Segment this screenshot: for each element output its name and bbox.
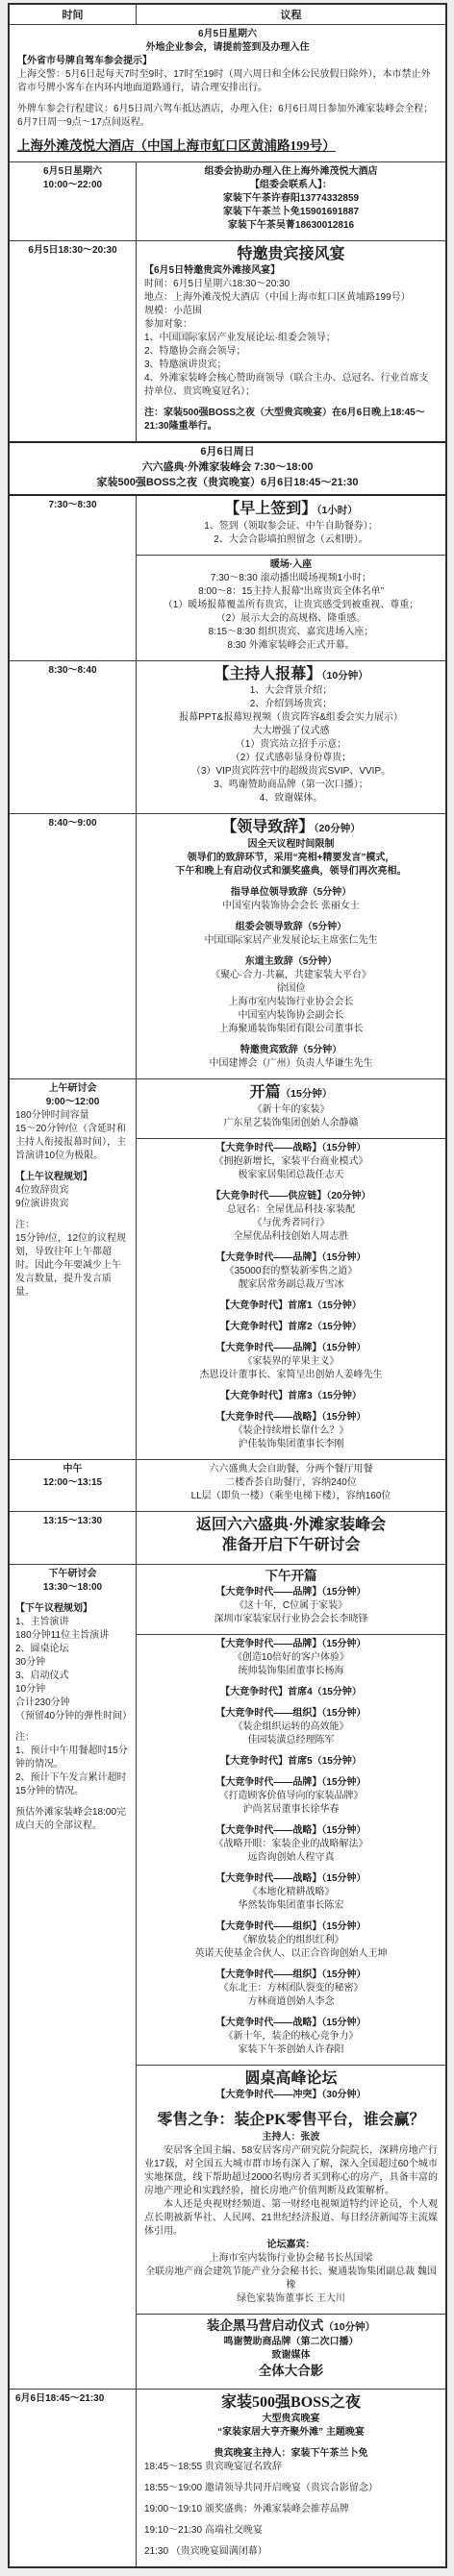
text-line: 8:30 外滩家装峰会正式开幕。 (144, 639, 438, 653)
text-line: 杰恩设计董事长、家简呈出创始人姜峰先生 (144, 1369, 438, 1382)
text: 2、大会合影墙拍照留念（云相册）。 (214, 534, 368, 545)
text: 3、启动仪式 (15, 1671, 69, 1681)
hotel-checkin-row: 6月5日星期六10:00～22:00组委会协助办理入住上海外滩茂悦大酒店【组委会… (10, 161, 445, 240)
text: 注： (15, 1732, 35, 1743)
text: 家装下午茶兰卜免15901691887 (223, 207, 359, 217)
text-line: 【大竞争时代】首席1（15分钟） (144, 1300, 438, 1313)
agenda-cell: 六六盛典大会自助餐，分两个餐厅用餐二楼香荟自助餐厅，容纳240位LL层（即负一楼… (137, 1460, 445, 1511)
text-line: 极家家居集团总裁任志天 (144, 1169, 438, 1182)
text: 鸣谢赞助商品牌（第二次口播） (224, 2337, 359, 2347)
text: 地点：上海外滩茂悦大酒店（中国上海市虹口区黄埔路199号） (144, 292, 411, 303)
text-line: 外地企业参会，请提前签到及办理入住 (17, 41, 438, 55)
text-line: 2、预计下午发言累计超时15分钟的情况。 (15, 1771, 130, 1798)
text-line: 8:30～8:40 (15, 664, 130, 678)
text: 佳园装潢总经理陈军 (248, 1735, 335, 1746)
text: 沪尚茗居董事长徐华春 (243, 1804, 340, 1815)
text-line: 18:45～18:55 贵宾晚宴冠名致辞 (144, 2461, 438, 2474)
text-line: 领导们的致辞环节，采用“亮相+精要发言”模式， (144, 852, 438, 865)
text-line: （预留40分钟的弹性时间） (15, 1710, 130, 1723)
text-line: 4、致谢媒体。 (144, 792, 438, 805)
text-line: 家装500强BOSS之夜（贵宾晚宴）6月6日18:45～21:30 (17, 476, 438, 491)
text-line: 绿色家装饰董事长 王大川 (144, 2292, 438, 2306)
agenda-cell: 【早上签到】（1小时）1、签到（领取参会证、中午自助餐券）；2、大会合影墙拍照留… (137, 496, 445, 555)
text: 中国建博会（广州）负责人华谦生先生 (210, 1058, 373, 1069)
text-line: 18:55～19:00 邀请领导共同开启晚宴（贵宾合影留念） (144, 2482, 438, 2495)
text: 大大增强了仪式感 (253, 726, 330, 736)
duration-tail: （1小时） (316, 505, 358, 516)
morning-signin-row: 7:30～8:30【早上签到】（1小时）1、签到（领取参会证、中午自助餐券）；2… (10, 496, 445, 660)
text-line: 《打造顾客价值导向的家装品牌》 (144, 1790, 438, 1803)
agenda-cell: 家装500强BOSS之夜大型贵宾晚宴“家装家居大亨齐聚外滩” 主题晚宴贵宾晚宴主… (137, 2390, 445, 2567)
text-line: 参加对象： (144, 318, 438, 332)
text-line: 外牌车参会行程建议：6月5日周六驾车抵达酒店，办理入住；6月6日周日参加外滩家装… (17, 103, 438, 130)
text: （预留40分钟的弹性时间） (15, 1711, 132, 1721)
text: 【大竞争时代——品牌】（15分钟） (215, 1252, 366, 1263)
text-line: 中国室内装饰协会副会长 (144, 1009, 438, 1023)
text-line: 【大竞争时代——组织】（15分钟） (144, 1920, 438, 1934)
text: 二楼香荟自助餐厅，容纳240位 (225, 1477, 357, 1488)
text-line: 【大竞争时代】首席3（15分钟） (144, 1390, 438, 1403)
time-cell: 6月6日18:45～21:30 (10, 2390, 137, 2567)
text: 2、介绍到场贵宾； (250, 699, 333, 709)
text-line: 180分钟时间容量 (15, 1109, 130, 1123)
time-cell: 13:15～13:30 (10, 1512, 137, 1564)
text-line: 《新十年，装企的核心竞争力》 (144, 2030, 438, 2043)
text-line: 上海市室内装饰行业协会秘书长丛国梁 (144, 2252, 438, 2266)
text: 《装企持续增长靠什么？》 (234, 1425, 349, 1436)
text: 全体大合影 (259, 2364, 324, 2378)
text: 6月6日18:45～21:30 (15, 2393, 104, 2404)
text-line: 家装下午茶创始人许春阳 (144, 2043, 438, 2057)
duration-tail: （20分钟） (314, 823, 360, 834)
text: 外牌车参会行程建议：6月5日周六驾车抵达酒店，办理入住；6月6日周日参加外滩家装… (17, 104, 433, 128)
section-title: 全体大合影 (144, 2363, 438, 2381)
text: 六六盛典大会自助餐，分两个餐厅用餐 (210, 1464, 373, 1474)
text-line: 特邀贵宾致辞（5分钟） (144, 1044, 438, 1057)
text: （2）仪式感彰显身份尊贵； (231, 753, 352, 763)
text-line: 六六盛典大会自助餐，分两个餐厅用餐 (144, 1463, 438, 1476)
text-line: 本人还是央视财经频道、第一财经电视频道特约评论员，个人观点长期被新华社、人民网、… (144, 2198, 438, 2239)
text: 8:30 外滩家装峰会正式开幕。 (227, 640, 354, 651)
text: 外地企业参会，请提前签到及办理入住 (146, 42, 310, 53)
text-line: 【大竞争时代——供应链】（20分钟） (144, 1190, 438, 1203)
text: 《新十年的家装》 (253, 1104, 330, 1115)
text-line: 【上午议程规划】 (15, 1171, 130, 1184)
text: 【大竞争时代——品牌】（15分钟） (215, 1639, 366, 1649)
time-cell: 8:40～9:00 (10, 814, 137, 1078)
text: 6月5日星期六 (198, 29, 257, 39)
section-title: 下午开篇 (144, 1568, 438, 1586)
text-line: 13:15～13:30 (15, 1515, 130, 1528)
text-line: 30分钟 (15, 1656, 130, 1670)
text-line: 上海交警：5月6日起每天7时至9时、17时至19时（周六周日和全体公民放假日除外… (17, 68, 438, 95)
text: 深圳市家装家居行业协会会长李晓锋 (214, 1614, 368, 1624)
text: 暖场·入座 (270, 559, 312, 570)
text-line: 【外省市号牌自驾车参会提示】 (17, 55, 438, 68)
text: 【下午议程规划】 (15, 1603, 92, 1614)
text: 180分钟11位主旨演讲 (15, 1630, 109, 1641)
text-line: 《与优秀者同行》 (144, 1217, 438, 1230)
text: 英诺天使基金合伙人、以正合咨询创始人王坤 (195, 1948, 388, 1959)
text: 2、特邀协会商会领导； (144, 346, 246, 357)
text-line: 上海聚通装饰集团有限公司董事长 (144, 1023, 438, 1036)
text-line: 【6月5日特邀贵宾外滩接风宴】 (144, 264, 438, 278)
agenda-cells: 【主持人报幕】（10分钟）1、大会背景介绍；2、介绍到场贵宾；报幕PPT&报幕短… (137, 661, 445, 814)
text: 180分钟时间容量 (15, 1110, 89, 1121)
section-title: 【早上签到】（1小时） (144, 499, 438, 520)
text-line: 19:00～19:10 颁奖盛典：外滩家装峰会推荐品牌 (144, 2503, 438, 2516)
day2-banner: 6月6日周日六六盛典·外滩家装峰会 7:30～18:00家装500强BOSS之夜… (10, 441, 445, 496)
text-line: 【大竞争时代——冲突】（30分钟） (144, 2089, 438, 2102)
text-line: 4位致辞贵宾 (15, 1184, 130, 1198)
text: 30分钟 (15, 1657, 45, 1668)
text-line: 注： (15, 1219, 130, 1232)
text-line: 【大竞争时代——品牌】（15分钟） (144, 1638, 438, 1651)
text: 注： (15, 1220, 35, 1230)
text-line: 《装企组织运转的高效能》 (144, 1721, 438, 1734)
text-line: 8:15～8:30 组织贵宾、嘉宾进场入座； (144, 626, 438, 639)
text-line: 180分钟11位主旨演讲 (15, 1629, 130, 1643)
text: 【大竞争时代——组织】（15分钟） (215, 1708, 366, 1719)
text: 家装500强BOSS之夜 (221, 2394, 361, 2411)
text-line: 规模：小范围 (144, 305, 438, 318)
text-line: 广东星艺装饰集团创始人余静赣 (144, 1117, 438, 1130)
text: 《东北王：方林团队裂变的秘密》 (219, 1983, 364, 1994)
text: 8:15～8:30 组织贵宾、嘉宾进场入座； (209, 627, 374, 637)
agenda-cells: 特邀贵宾接风宴【6月5日特邀贵宾外滩接风宴】时间：6月5日星期六18:30～20… (137, 241, 445, 442)
text-line: 6月5日18:30～20:30 (15, 244, 130, 258)
text: 【大竞争时代——战略】（15分钟） (215, 1825, 366, 1836)
section-title: 【领导致辞】（20分钟） (144, 817, 438, 838)
text: 【上午议程规划】 (15, 1172, 92, 1182)
text-line: 华然装饰集团董事长陈宏 (144, 1899, 438, 1913)
text: 极家家居集团总裁任志天 (239, 1170, 344, 1180)
text-line: 【大竞争时代——战略】（15分钟） (144, 2017, 438, 2030)
text-line: 15分钟/位，12位的议程规划，导致往年上午都超时。因此今年要减少上午发言数量，… (15, 1232, 130, 1300)
text: 3、鸣谢赞助商品牌（第一次口播）； (214, 780, 368, 790)
text-line: 中国室内装饰协会会长 张丽女士 (144, 900, 438, 913)
section-title: 准备开启下午研讨会 (144, 1535, 438, 1556)
text: 报幕PPT&报幕短视频（贵宾阵容&组委会实力展示） (179, 712, 403, 723)
text-line: （2）展示大会的高规格、隆重感。 (144, 612, 438, 626)
text: 上午研讨会 (49, 1083, 97, 1094)
text-line: 【大竞争时代——组织】（15分钟） (144, 1969, 438, 1982)
text-line: 全联房地产商会建筑节能产业分会秘书长、聚通装饰集团副总裁 魏国橡 (144, 2266, 438, 2292)
agenda-cell: 特邀贵宾接风宴【6月5日特邀贵宾外滩接风宴】时间：6月5日星期六18:30～20… (137, 241, 445, 442)
section-title: 家装500强BOSS之夜 (144, 2392, 438, 2414)
agenda-cell: 返回六六盛典·外滩家装峰会准备开启下午研讨会 (137, 1512, 445, 1564)
text: 6月5日18:30～20:30 (28, 245, 116, 256)
text-line: 靓家居常务副总裁万雪冰 (144, 1278, 438, 1292)
text: 时间：6月5日星期六18:30～20:30 (144, 279, 290, 289)
text-line: 【大竞争时代——战略】（15分钟） (144, 1411, 438, 1424)
text-line: 注：家装500强BOSS之夜（大型贵宾晚宴）在6月6日晚上18:45～21:30… (144, 407, 438, 433)
text-line: 2、大会合影墙拍照留念（云相册）。 (144, 533, 438, 547)
text: 8:30～8:40 (48, 665, 96, 676)
text: 4位致辞贵宾 (15, 1185, 69, 1196)
text-line: 六六盛典·外滩家装峰会 7:30～18:00 (17, 460, 438, 476)
text-line: （1）暖场报幕覆盖所有贵宾，让贵宾感受到被重视、尊重； (144, 599, 438, 612)
text: 家装下午茶许春阳13774332859 (223, 193, 359, 204)
text: 【大竞争时代——品牌】（15分钟） (215, 1587, 366, 1598)
text: 家装下午茶吴菁18630012816 (228, 220, 354, 231)
section-title: 圆桌高峰论坛 (144, 2068, 438, 2090)
text-line: 方林商道创始人李念 (144, 1995, 438, 2009)
afternoon-forum-row: 下午研讨会13:30～18:00【下午议程规划】1、主旨演讲180分钟11位主旨… (10, 1564, 445, 2389)
text-line: 【大竞争时代——品牌】（15分钟） (144, 1251, 438, 1265)
text: 致谢媒体 (272, 2350, 311, 2361)
table-header-row: 时间 议程 (10, 5, 445, 24)
agenda-cell: 【大竞争时代——品牌】（15分钟）《创造10倍好的客户体验》统帅装饰集团董事长杨… (137, 1634, 445, 2065)
text: 《这十年，C位属于家装》 (235, 1600, 347, 1611)
section-title: 返回六六盛典·外滩家装峰会 (144, 1515, 438, 1536)
text-line: 【大竞争时代——战略】（15分钟） (144, 1142, 438, 1155)
text-line: 《新十年的家装》 (144, 1103, 438, 1117)
text: 指导单位领导致辞（5分钟） (231, 887, 352, 898)
agenda-cells: 【早上签到】（1小时）1、签到（领取参会证、中午自助餐券）；2、大会合影墙拍照留… (137, 496, 445, 660)
text: 《战略开眼：家装企业的战略解法》 (214, 1839, 368, 1849)
text: 下午研讨会 (49, 1569, 97, 1579)
agenda-column-header: 议程 (137, 5, 445, 24)
text: “家装家居大亨齐聚外滩” 主题晚宴 (217, 2427, 365, 2438)
text-line: 上海外滩茂悦大酒店（中国上海市虹口区黄浦路199号） (17, 137, 438, 156)
text-line: 9位演讲贵宾 (15, 1198, 130, 1211)
day1-notice-section: 6月5日星期六外地企业参会，请提前签到及办理入住【外省市号牌自驾车参会提示】上海… (10, 24, 445, 161)
text-line: 致谢媒体 (144, 2349, 438, 2363)
text: 18:55～19:00 邀请领导共同开启晚宴（贵宾合影留念） (144, 2483, 378, 2493)
text-line: 暖场·入座 (144, 558, 438, 572)
text: 【大竞争时代——组织】（15分钟） (215, 1921, 366, 1932)
text-line: 1、预计中午用餐超时15分钟的情况。 (15, 1745, 130, 1771)
text: 规模：小范围 (144, 306, 202, 316)
text-line: 7:30～8:30 (15, 499, 130, 512)
text: 因全天议程时间限制 (248, 839, 335, 850)
text-line: 3、启动仪式 (15, 1670, 130, 1683)
text: 【大竞争时代——战略】（15分钟） (215, 2018, 366, 2028)
time-cell: 下午研讨会13:30～18:00【下午议程规划】1、主旨演讲180分钟11位主旨… (10, 1565, 137, 2389)
morning-forum-row: 上午研讨会9:00～12:00180分钟时间容量15～20分钟/位（含延时和主持… (10, 1078, 445, 1459)
text-line: 深圳市家装家居行业协会会长李晓锋 (144, 1613, 438, 1626)
section-title: 装企黑马营启动仪式（10分钟） (144, 2317, 438, 2336)
text-line: 【大竞争时代——品牌】（15分钟） (144, 1342, 438, 1355)
text: 【大竞争时代——冲突】（30分钟） (215, 2090, 366, 2100)
text-line: 报幕PPT&报幕短视频（贵宾阵容&组委会实力展示） (144, 711, 438, 725)
text: 家装下午茶创始人许春阳 (239, 2044, 344, 2055)
text-line: 【大竞争时代】首席4（15分钟） (144, 1686, 438, 1699)
text: 合计230分钟 (15, 1697, 70, 1708)
lunch-row: 中午12:00～13:15六六盛典大会自助餐，分两个餐厅用餐二楼香荟自助餐厅，容… (10, 1459, 445, 1511)
text-line: （2）仪式感彰显身份尊贵； (144, 752, 438, 765)
text-line: 《聚心·合力·共赢，共建家装大平台》 (144, 969, 438, 982)
text-line: 6月6日18:45～21:30 (15, 2392, 130, 2406)
text-line: 【大竞争时代】首席2（15分钟） (144, 1321, 438, 1334)
text-line: 10分钟 (15, 1683, 130, 1697)
text-line: 指导单位领导致辞（5分钟） (144, 886, 438, 900)
text: 注：家装500强BOSS之夜（大型贵宾晚宴）在6月6日晚上18:45～21:30… (144, 408, 425, 432)
text-line: （1）贵宾站立招手示意； (144, 738, 438, 752)
text-line: 《装企持续增长靠什么？》 (144, 1424, 438, 1438)
text: 远咨询创始人程守真 (248, 1852, 335, 1863)
text: 2、预计下午发言累计超时15分钟的情况。 (15, 1772, 127, 1796)
text: 《新十年，装企的核心竞争力》 (224, 2031, 359, 2042)
text: 下午开篇 (265, 1569, 317, 1583)
agenda-cells: 六六盛典大会自助餐，分两个餐厅用餐二楼香荟自助餐厅，容纳240位LL层（即负一楼… (137, 1460, 445, 1511)
text: 19:10～21:30 高端社交晚宴 (144, 2525, 263, 2536)
text: 全屋优品科技创始人周志胜 (234, 1231, 349, 1242)
text: 10分钟 (15, 1684, 45, 1695)
text-line: 中国国际家居产业发展论坛主席张仁先生 (144, 934, 438, 948)
text: 13:30～18:00 (43, 1582, 102, 1593)
text: 【大竞争时代】首席3（15分钟） (220, 1391, 362, 1401)
text: 【大竞争时代——战略】（15分钟） (215, 1873, 366, 1884)
text: 主持人：张波 (263, 2132, 320, 2143)
agenda-cell: 下午开篇【大竞争时代——品牌】（15分钟）《这十年，C位属于家装》深圳市家装家居… (137, 1565, 445, 1634)
time-cell: 7:30～8:30 (10, 496, 137, 660)
full-width-cell: 6月6日周日六六盛典·外滩家装峰会 7:30～18:00家装500强BOSS之夜… (10, 443, 445, 494)
text: 1、预计中午用餐超时15分钟的情况。 (15, 1746, 128, 1770)
text: 上海市室内装饰行业协会会长 (229, 997, 354, 1007)
text-line: 3、鸣谢赞助商品牌（第一次口播）； (144, 779, 438, 792)
text-line: 贵宾晚宴主持人：家装下午茶兰卜免 (144, 2447, 438, 2461)
time-cell: 中午12:00～13:15 (10, 1460, 137, 1511)
text: 《拥抱新增长，家装平台商业模式》 (214, 1156, 368, 1167)
agenda-cells: 下午开篇【大竞争时代——品牌】（15分钟）《这十年，C位属于家装》深圳市家装家居… (137, 1565, 445, 2389)
text: 《装企组织运转的高效能》 (234, 1721, 349, 1732)
welcome-banquet-row: 6月5日18:30～20:30特邀贵宾接风宴【6月5日特邀贵宾外滩接风宴】时间：… (10, 240, 445, 442)
text: 《与优秀者同行》 (253, 1218, 330, 1228)
text: 《打造顾客价值导向的家装品牌》 (219, 1791, 364, 1801)
text: 上海聚通装饰集团有限公司董事长 (219, 1024, 364, 1034)
text: 中国室内装饰协会副会长 (239, 1010, 344, 1021)
text-line: 《解放装企的组织红利》 (144, 1934, 438, 1947)
agenda-cell: 【领导致辞】（20分钟）因全天议程时间限制领导们的致辞环节，采用“亮相+精要发言… (137, 814, 445, 1078)
text-line: 8:00～8：15主持人报幕“出席贵宾全体名单” (144, 585, 438, 599)
text-line: 《这十年，C位属于家装》 (144, 1599, 438, 1613)
text: 【大竞争时代】首席1（15分钟） (220, 1300, 362, 1311)
text: 靓家居常务副总裁万雪冰 (239, 1279, 344, 1290)
text: 2、圆桌论坛 (15, 1644, 69, 1654)
text-line: 合计230分钟 (15, 1697, 130, 1710)
text-line: 12:00～13:15 (15, 1476, 130, 1490)
text-line: 2、圆桌论坛 (15, 1643, 130, 1656)
text-line: 主持人：张波 (144, 2131, 438, 2144)
return-row: 13:15～13:30返回六六盛典·外滩家装峰会准备开启下午研讨会 (10, 1511, 445, 1564)
text: 组委会领导致辞（5分钟） (236, 922, 347, 932)
text: 13:15～13:30 (43, 1516, 102, 1526)
text: 开篇 (250, 1084, 281, 1101)
text-line: 注： (15, 1731, 130, 1745)
text: 《聚心·合力·共赢，共建家装大平台》 (211, 970, 371, 980)
text-line: 中午 (15, 1463, 130, 1476)
text-line: 预估外滩家装峰会18:00完成白天的全部议程。 (15, 1806, 130, 1833)
text-line: 安居客全国主编、58安居客房产研究院分院院长，深耕房地产行业17载，对全国五大城… (144, 2144, 438, 2198)
text-line: 统帅装饰集团董事长杨海 (144, 1665, 438, 1678)
agenda-table: 时间 议程 6月5日星期六外地企业参会，请提前签到及办理入住【外省市号牌自驾车参… (8, 3, 447, 2568)
text: 贵宾晚宴主持人：家装下午茶兰卜免 (214, 2448, 368, 2459)
leader-speech-row: 8:40～9:00【领导致辞】（20分钟）因全天议程时间限制领导们的致辞环节，采… (10, 813, 445, 1078)
text-line: 组委会协助办理入住上海外滩茂悦大酒店 (144, 165, 438, 179)
text: 上海交警：5月6日起每天7时至9时、17时至19时（周六周日和全体公民放假日除外… (17, 69, 431, 93)
text: 准备开启下午研讨会 (221, 1537, 360, 1553)
section-title: 特邀贵宾接风宴 (144, 244, 438, 265)
text-line: 沪佳装饰集团董事长李刚 (144, 1438, 438, 1451)
text-line: 二楼香荟自助餐厅，容纳240位 (144, 1476, 438, 1490)
text: 【领导致辞】 (221, 819, 314, 835)
agenda-cells: 组委会协助办理入住上海外滩茂悦大酒店【组委会联系人】：家装下午茶许春阳13774… (137, 162, 445, 240)
text-line: 2、特邀协会商会领导； (144, 345, 438, 359)
text-line: 总冠名：全屋优品科技·家装配 (144, 1203, 438, 1217)
text: 中午 (63, 1464, 83, 1474)
text-line: 组委会领导致辞（5分钟） (144, 921, 438, 934)
agenda-cell: 组委会协助办理入住上海外滩茂悦大酒店【组委会联系人】：家装下午茶许春阳13774… (137, 162, 445, 240)
text-line: 21:30 （贵宾晚宴圆满闭幕） (144, 2545, 438, 2559)
text: LL层（即负一楼）（乘坐电梯下楼），容纳160位 (191, 1491, 391, 1501)
text-line: 下午研讨会 (15, 1568, 130, 1581)
text: 1、主旨演讲 (15, 1617, 69, 1627)
text: （3）VIP贵宾阵营中的超级贵宾SVIP、VVIP。 (191, 766, 391, 777)
text-line: 徐国俭 (144, 982, 438, 996)
text: 返回六六盛典·外滩家装峰会 (196, 1517, 386, 1533)
text-line: （3）VIP贵宾阵营中的超级贵宾SVIP、VVIP。 (144, 765, 438, 779)
text: 9位演讲贵宾 (15, 1199, 69, 1209)
text-line: 上午研讨会 (15, 1082, 130, 1096)
text-line: 远咨询创始人程守真 (144, 1851, 438, 1865)
text-line: 鸣谢赞助商品牌（第二次口播） (144, 2336, 438, 2349)
text: 【大竞争时代——战略】（15分钟） (215, 1412, 366, 1423)
text-line: 家装下午茶吴菁18630012816 (144, 219, 438, 233)
text-line: 2、介绍到场贵宾； (144, 698, 438, 711)
text-line: 9:00～12:00 (15, 1096, 130, 1109)
text: 《创造10倍好的客户体验》 (233, 1652, 349, 1663)
text: 4、致谢媒体。 (260, 793, 323, 804)
text-line: LL层（即负一楼）（乘坐电梯下楼），容纳160位 (144, 1490, 438, 1503)
time-cell: 6月5日星期六10:00～22:00 (10, 162, 137, 240)
text-line: 【大竞争时代——战略】（15分钟） (144, 1824, 438, 1838)
text-line: 6月5日星期六 (17, 28, 438, 41)
text: 15～20分钟/位（含延时和主持人衔接报幕时间），主旨演讲10位为极限。 (15, 1124, 126, 1161)
text: 8:00～8：15主持人报幕“出席贵宾全体名单” (198, 586, 384, 597)
text: （1）贵宾站立招手示意； (236, 739, 347, 750)
text: 安居客全国主编、58安居客房产研究院分院院长，深耕房地产行业17载，对全国五大城… (144, 2145, 438, 2196)
text: 1、中国国际家居产业发展论坛·组委会领导； (144, 333, 336, 343)
text: 广东星艺装饰集团创始人余静赣 (224, 1118, 359, 1128)
text-line: 时间：6月5日星期六18:30～20:30 (144, 278, 438, 291)
agenda-cells: 返回六六盛典·外滩家装峰会准备开启下午研讨会 (137, 1512, 445, 1564)
text-line: 【组委会联系人】： (144, 179, 438, 192)
text-line: 下午和晚上有启动仪式和颁奖盛典，领导们再次亮相。 (144, 865, 438, 879)
text: 【大竞争时代——组织】（15分钟） (215, 1969, 366, 1980)
text-line: 6月5日星期六 (15, 165, 130, 179)
agenda-cell: 圆桌高峰论坛【大竞争时代——冲突】（30分钟）零售之争：装企PK零售平台，谁会赢… (137, 2065, 445, 2314)
text-line: 家装下午茶兰卜免15901691887 (144, 206, 438, 219)
time-cell: 8:30～8:40 (10, 661, 137, 814)
text: 《解放装企的组织红利》 (239, 1935, 344, 1945)
text: 预估外滩家装峰会18:00完成白天的全部议程。 (15, 1807, 126, 1831)
text: 上海市室内装饰行业协会秘书长丛国梁 (210, 2253, 373, 2264)
text: 统帅装饰集团董事长杨海 (239, 1666, 344, 1676)
text: 上海外滩茂悦大酒店（中国上海市虹口区黄浦路199号） (17, 138, 336, 153)
text-line: 19:10～21:30 高端社交晚宴 (144, 2524, 438, 2538)
text-line: 15～20分钟/位（含延时和主持人衔接报幕时间），主旨演讲10位为极限。 (15, 1123, 130, 1163)
text: 特邀贵宾接风宴 (237, 246, 344, 262)
section-title: 【主持人报幕】（10分钟） (144, 664, 438, 685)
text: 杰恩设计董事长、家简呈出创始人姜峰先生 (200, 1370, 383, 1380)
text: 【大竞争时代】首席4（15分钟） (220, 1687, 362, 1697)
text: 1、大会背景介绍； (250, 685, 333, 696)
duration-tail: （10分钟） (323, 2321, 375, 2333)
text: 总冠名：全屋优品科技·家装配 (227, 1204, 355, 1215)
text-line: 论坛嘉宾： (144, 2239, 438, 2252)
